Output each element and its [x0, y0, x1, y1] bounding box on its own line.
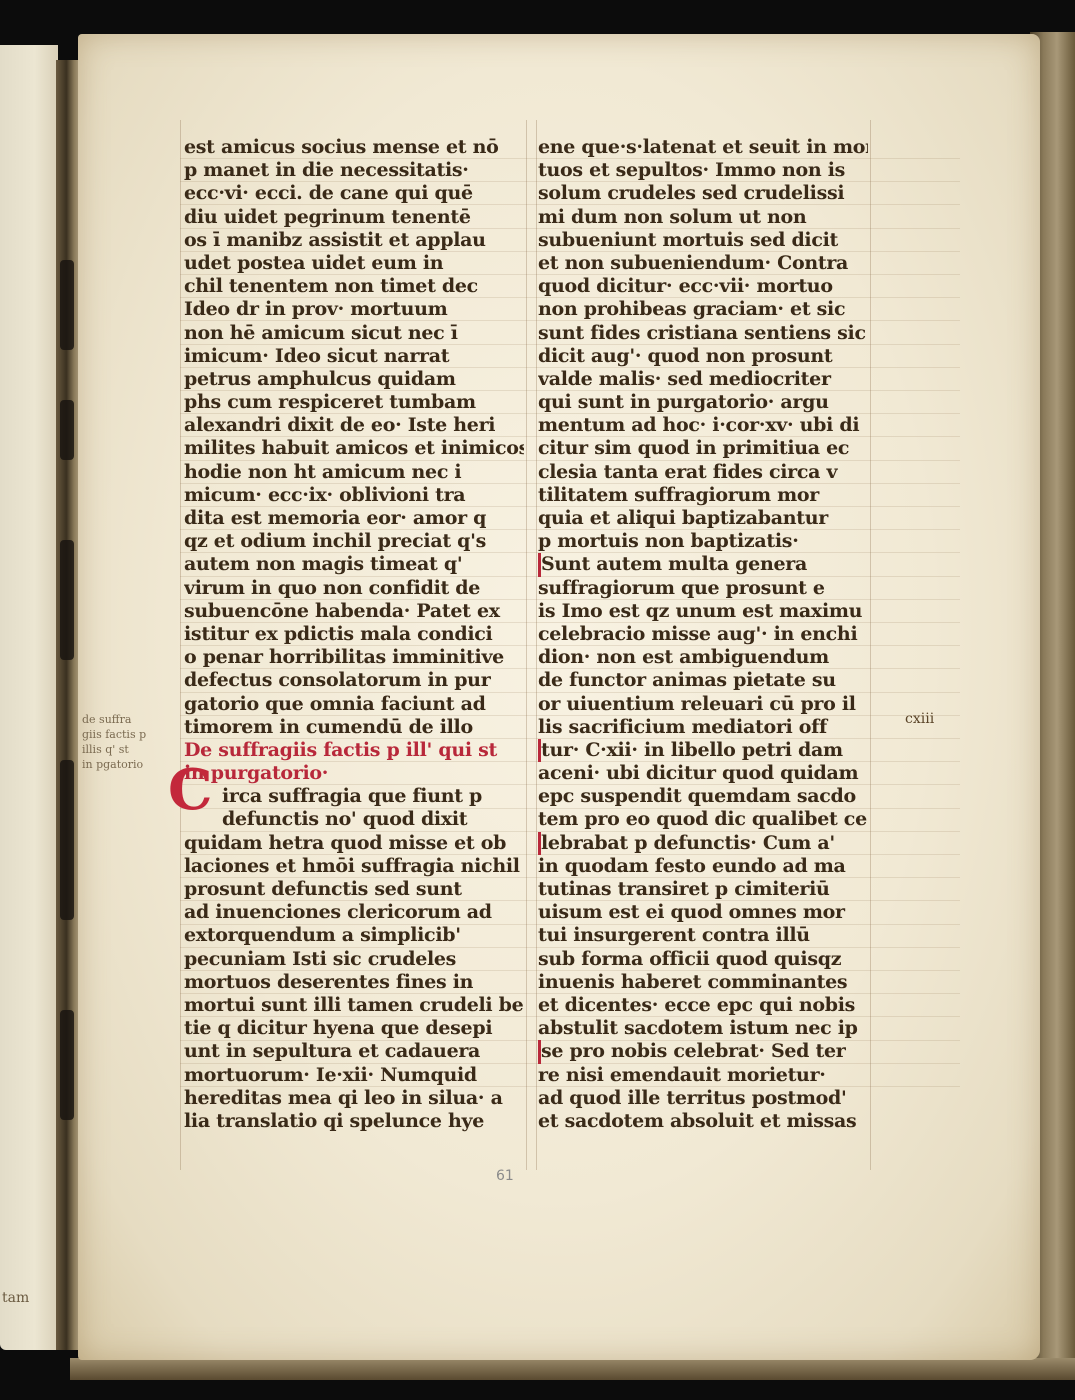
text-line: inuenis haberet comminantes [538, 971, 868, 994]
text-line: tur· C·xii· in libello petri dam [538, 739, 868, 762]
text-line: non prohibeas graciam· et sic [538, 298, 868, 321]
text-line: uisum est ei quod omnes mor [538, 901, 868, 924]
text-line: defunctis no' quod dixit [184, 808, 524, 831]
text-line: unt in sepultura et cadauera [184, 1040, 524, 1063]
text-line: ene que·s·latenat et seuit in mor [538, 136, 868, 159]
text-line: o penar horribilitas imminitive [184, 646, 524, 669]
rubric-heading-line: De suffragiis factis p ill' qui st [184, 739, 524, 762]
text-line: quod dicitur· ecc·vii· mortuo [538, 275, 868, 298]
text-line: laciones et hmōi suffragia nichil [184, 855, 524, 878]
book-cover-bottom [70, 1358, 1075, 1380]
text-line: or uiuentium releuari cū pro il [538, 693, 868, 716]
text-line: subueniunt mortuis sed dicit [538, 229, 868, 252]
rubric-heading-line: in purgatorio· [184, 762, 524, 785]
text-line: micum· ecc·ix· oblivioni tra [184, 484, 524, 507]
text-line: celebracio misse aug'· in enchi [538, 623, 868, 646]
text-line: tuos et sepultos· Immo non is [538, 159, 868, 182]
text-line: lis sacrificium mediatori off [538, 716, 868, 739]
text-line: dita est memoria eor· amor q [184, 507, 524, 530]
text-line: petrus amphulcus quidam [184, 368, 524, 391]
text-line: et dicentes· ecce epc qui nobis [538, 994, 868, 1017]
text-line: tutinas transiret p cimiteriū [538, 878, 868, 901]
text-line: qui sunt in purgatorio· argu [538, 391, 868, 414]
text-line: mortui sunt illi tamen crudeli bes [184, 994, 524, 1017]
text-line: lebrabat p defunctis· Cum a' [538, 832, 868, 855]
text-line: mortuos deserentes fines in [184, 971, 524, 994]
text-line: tem pro eo quod dic qualibet ce [538, 808, 868, 831]
text-line: est amicus socius mense et nō [184, 136, 524, 159]
text-line: alexandri dixit de eo· Iste heri [184, 414, 524, 437]
text-line: mi dum non solum ut non [538, 206, 868, 229]
text-line: Sunt autem multa genera [538, 553, 868, 576]
text-line: tilitatem suffragiorum mor [538, 484, 868, 507]
text-line: re nisi emendauit morietur· [538, 1064, 868, 1087]
text-line: os ī manibz assistit et applau [184, 229, 524, 252]
text-line: quidam hetra quod misse et ob [184, 832, 524, 855]
text-column-left: est amicus socius mense et nōp manet in … [184, 136, 524, 1133]
text-line: dion· non est ambiguendum [538, 646, 868, 669]
facing-page-text: tam [2, 1290, 29, 1306]
text-line: subuencōne habenda· Patet ex [184, 600, 524, 623]
text-line: non hē amicum sicut nec ī [184, 322, 524, 345]
text-line: sub forma officii quod quisqz [538, 948, 868, 971]
text-line: defectus consolatorum in pur [184, 669, 524, 692]
text-line: udet postea uidet eum in [184, 252, 524, 275]
text-line: prosunt defunctis sed sunt [184, 878, 524, 901]
text-line: tui insurgerent contra illū [538, 924, 868, 947]
text-line: is Imo est qz unum est maximu [538, 600, 868, 623]
text-line: qz et odium inchil preciat q's [184, 530, 524, 553]
text-line: et non subueniendum· Contra [538, 252, 868, 275]
margin-note-line: de suffra [82, 712, 146, 727]
text-line: p mortuis non baptizatis· [538, 530, 868, 553]
text-line: mortuorum· Ie·xii· Numquid [184, 1064, 524, 1087]
text-line: in quodam festo eundo ad ma [538, 855, 868, 878]
text-line: clesia tanta erat fides circa v [538, 461, 868, 484]
text-line: dicit aug'· quod non prosunt [538, 345, 868, 368]
text-line: solum crudeles sed crudelissi [538, 182, 868, 205]
text-line: epc suspendit quemdam sacdo [538, 785, 868, 808]
text-line: quia et aliqui baptizabantur [538, 507, 868, 530]
text-line: hereditas mea qi leo in silua· a [184, 1087, 524, 1110]
margin-note-line: in pgatorio [82, 757, 146, 772]
text-line: citur sim quod in primitiua ec [538, 437, 868, 460]
text-line: gatorio que omnia faciunt ad [184, 693, 524, 716]
folio-number: 61 [496, 1168, 514, 1184]
text-line: virum in quo non confidit de [184, 577, 524, 600]
text-line: abstulit sacdotem istum nec ip [538, 1017, 868, 1040]
text-column-right: ene que·s·latenat et seuit in mortuos et… [538, 136, 868, 1133]
text-line: pecuniam Isti sic crudeles [184, 948, 524, 971]
text-line: timorem in cumendū de illo [184, 716, 524, 739]
text-line: valde malis· sed mediocriter [538, 368, 868, 391]
text-line: de functor animas pietate su [538, 669, 868, 692]
text-line: autem non magis timeat q' [184, 553, 524, 576]
text-line: ad inuenciones clericorum ad [184, 901, 524, 924]
text-line: mentum ad hoc· i·cor·xv· ubi di [538, 414, 868, 437]
text-line: ecc·vi· ecci. de cane qui quē [184, 182, 524, 205]
text-line: diu uidet pegrinum tenentē [184, 206, 524, 229]
text-line: milites habuit amicos et inimicos [184, 437, 524, 460]
text-line: istitur ex pdictis mala condici [184, 623, 524, 646]
text-line: se pro nobis celebrat· Sed ter [538, 1040, 868, 1063]
text-line: p manet in die necessitatis· [184, 159, 524, 182]
margin-note-line: illis q' st [82, 742, 146, 757]
text-line: extorquendum a simplicib' [184, 924, 524, 947]
margin-note-left: de suffra giis factis p illis q' st in p… [82, 712, 146, 772]
text-line: chil tenentem non timet dec [184, 275, 524, 298]
facing-left-page [0, 45, 58, 1350]
text-line: Ideo dr in prov· mortuum [184, 298, 524, 321]
text-line: suffragiorum que prosunt e [538, 577, 868, 600]
text-line: imicum· Ideo sicut narrat [184, 345, 524, 368]
text-line: hodie non ht amicum nec i [184, 461, 524, 484]
text-line: irca suffragia que fiunt p [184, 785, 524, 808]
text-line: ad quod ille territus postmod' [538, 1087, 868, 1110]
margin-note-line: giis factis p [82, 727, 146, 742]
text-line: lia translatio qi spelunce hye [184, 1110, 524, 1133]
text-line: phs cum respiceret tumbam [184, 391, 524, 414]
text-line: sunt fides cristiana sentiens sic [538, 322, 868, 345]
text-line: et sacdotem absoluit et missas [538, 1110, 868, 1133]
text-line: tie q dicitur hyena que desepi [184, 1017, 524, 1040]
text-line: aceni· ubi dicitur quod quidam [538, 762, 868, 785]
decorated-initial: C [168, 760, 213, 820]
